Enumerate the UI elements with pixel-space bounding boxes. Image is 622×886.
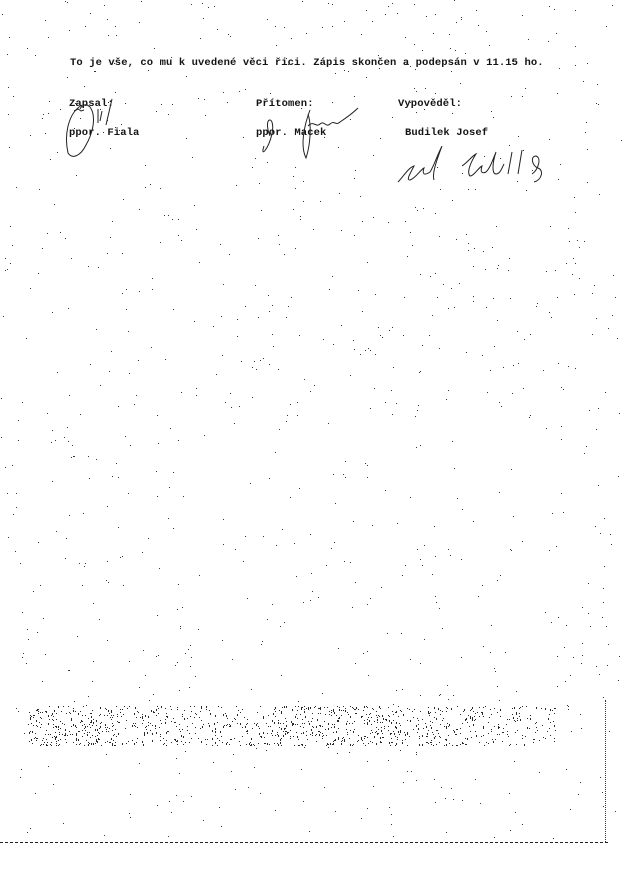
fiala-initials-signature: [60, 95, 140, 165]
bottom-rule-line: [0, 842, 608, 843]
testified-label: Vypověděl:: [398, 98, 462, 110]
illegible-stamp-strip: [28, 706, 556, 746]
budilek-signature: [392, 146, 562, 191]
testified-name: Budilek Josef: [405, 127, 488, 139]
right-rule-line: [605, 700, 606, 842]
macek-signature: [250, 106, 370, 166]
closing-statement: To je vše, co mu k uvedené věci řici. Zá…: [70, 57, 544, 69]
document-page: To je vše, co mu k uvedené věci řici. Zá…: [0, 0, 622, 886]
